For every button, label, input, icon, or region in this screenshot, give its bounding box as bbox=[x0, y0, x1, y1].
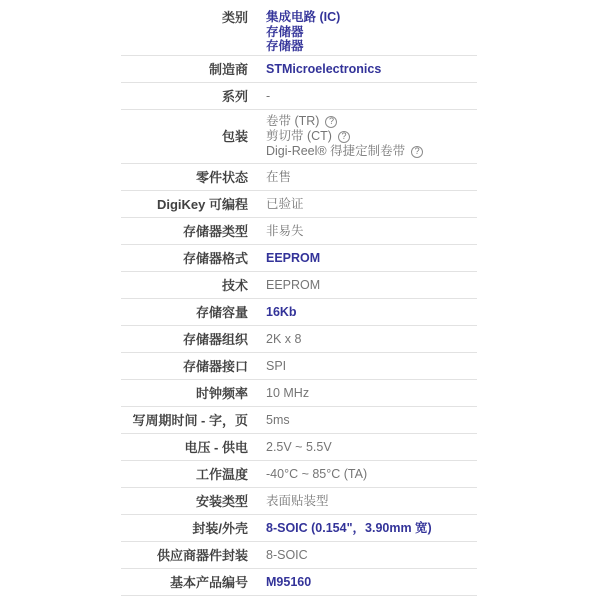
spec-row: 存储器类型非易失 bbox=[121, 218, 477, 245]
spec-value-link[interactable]: M95160 bbox=[266, 575, 311, 589]
spec-value-link[interactable]: 16Kb bbox=[266, 305, 297, 319]
spec-row: 类别集成电路 (IC)存储器存储器 bbox=[121, 0, 477, 56]
spec-label: 零件状态 bbox=[121, 170, 248, 185]
spec-row: 供应商器件封装8-SOIC bbox=[121, 542, 477, 569]
spec-label: 制造商 bbox=[121, 62, 248, 77]
spec-row: 写周期时间 - 字，页5ms bbox=[121, 407, 477, 434]
packaging-option: Digi-Reel® 得捷定制卷带? bbox=[266, 144, 477, 159]
packaging-option: 卷带 (TR)? bbox=[266, 114, 477, 129]
spec-label: 安装类型 bbox=[121, 494, 248, 509]
help-icon[interactable]: ? bbox=[338, 131, 350, 143]
spec-value: 非易失 bbox=[266, 224, 477, 239]
spec-value: - bbox=[266, 89, 477, 104]
spec-value: 10 MHz bbox=[266, 386, 477, 401]
spec-value: 5ms bbox=[266, 413, 477, 428]
product-attributes-table: 类别集成电路 (IC)存储器存储器制造商STMicroelectronics系列… bbox=[121, 0, 477, 596]
spec-value-link[interactable]: 8-SOIC (0.154"，3.90mm 宽) bbox=[266, 521, 432, 535]
spec-row: 零件状态在售 bbox=[121, 164, 477, 191]
spec-label: 工作温度 bbox=[121, 467, 248, 482]
spec-value: EEPROM bbox=[266, 278, 477, 293]
spec-row: 技术EEPROM bbox=[121, 272, 477, 299]
spec-value: 在售 bbox=[266, 170, 477, 185]
spec-row: 制造商STMicroelectronics bbox=[121, 56, 477, 83]
spec-row: 工作温度-40°C ~ 85°C (TA) bbox=[121, 461, 477, 488]
spec-label: 存储器格式 bbox=[121, 251, 248, 266]
spec-row: 存储容量16Kb bbox=[121, 299, 477, 326]
spec-label: 系列 bbox=[121, 89, 248, 104]
packaging-option-label: 剪切带 (CT) bbox=[266, 129, 332, 144]
packaging-option-label: Digi-Reel® 得捷定制卷带 bbox=[266, 144, 405, 159]
spec-value-link[interactable]: EEPROM bbox=[266, 251, 320, 265]
category-link[interactable]: 存储器 bbox=[266, 25, 477, 40]
spec-row: 电压 - 供电2.5V ~ 5.5V bbox=[121, 434, 477, 461]
spec-value: 8-SOIC bbox=[266, 548, 477, 563]
spec-value-link[interactable]: STMicroelectronics bbox=[266, 62, 381, 76]
spec-label: 存储器接口 bbox=[121, 359, 248, 374]
spec-label: 写周期时间 - 字，页 bbox=[121, 413, 248, 428]
packaging-option-label: 卷带 (TR) bbox=[266, 114, 319, 129]
help-icon[interactable]: ? bbox=[411, 146, 423, 158]
spec-value: EEPROM bbox=[266, 251, 477, 266]
category-link[interactable]: 存储器 bbox=[266, 39, 477, 54]
spec-label: 存储器类型 bbox=[121, 224, 248, 239]
spec-row: 系列- bbox=[121, 83, 477, 110]
spec-row: 时钟频率10 MHz bbox=[121, 380, 477, 407]
spec-label: 存储容量 bbox=[121, 305, 248, 320]
spec-label: 包装 bbox=[121, 129, 248, 144]
spec-label: 封装/外壳 bbox=[121, 521, 248, 536]
spec-label: 供应商器件封装 bbox=[121, 548, 248, 563]
spec-value: 2K x 8 bbox=[266, 332, 477, 347]
spec-row: 存储器接口SPI bbox=[121, 353, 477, 380]
spec-row: 包装卷带 (TR)?剪切带 (CT)?Digi-Reel® 得捷定制卷带? bbox=[121, 110, 477, 164]
spec-row: 存储器格式EEPROM bbox=[121, 245, 477, 272]
spec-value: STMicroelectronics bbox=[266, 62, 477, 77]
spec-value: M95160 bbox=[266, 575, 477, 590]
spec-label: 技术 bbox=[121, 278, 248, 293]
spec-value: 集成电路 (IC)存储器存储器 bbox=[266, 10, 477, 54]
spec-value: 表面贴装型 bbox=[266, 494, 477, 509]
spec-row: 安装类型表面贴装型 bbox=[121, 488, 477, 515]
spec-value: 16Kb bbox=[266, 305, 477, 320]
category-link[interactable]: 集成电路 (IC) bbox=[266, 10, 477, 25]
packaging-option: 剪切带 (CT)? bbox=[266, 129, 477, 144]
spec-value: -40°C ~ 85°C (TA) bbox=[266, 467, 477, 482]
spec-value: 8-SOIC (0.154"，3.90mm 宽) bbox=[266, 521, 477, 536]
spec-label: 类别 bbox=[121, 10, 248, 25]
spec-value: 卷带 (TR)?剪切带 (CT)?Digi-Reel® 得捷定制卷带? bbox=[266, 114, 477, 159]
spec-label: 电压 - 供电 bbox=[121, 440, 248, 455]
spec-label: 基本产品编号 bbox=[121, 575, 248, 590]
help-icon[interactable]: ? bbox=[325, 116, 337, 128]
spec-row: 封装/外壳8-SOIC (0.154"，3.90mm 宽) bbox=[121, 515, 477, 542]
spec-value: 已验证 bbox=[266, 197, 477, 212]
spec-label: DigiKey 可编程 bbox=[121, 197, 248, 212]
spec-label: 时钟频率 bbox=[121, 386, 248, 401]
spec-label: 存储器组织 bbox=[121, 332, 248, 347]
spec-row: 存储器组织2K x 8 bbox=[121, 326, 477, 353]
spec-value: 2.5V ~ 5.5V bbox=[266, 440, 477, 455]
spec-row: DigiKey 可编程已验证 bbox=[121, 191, 477, 218]
spec-row: 基本产品编号M95160 bbox=[121, 569, 477, 596]
spec-value: SPI bbox=[266, 359, 477, 374]
